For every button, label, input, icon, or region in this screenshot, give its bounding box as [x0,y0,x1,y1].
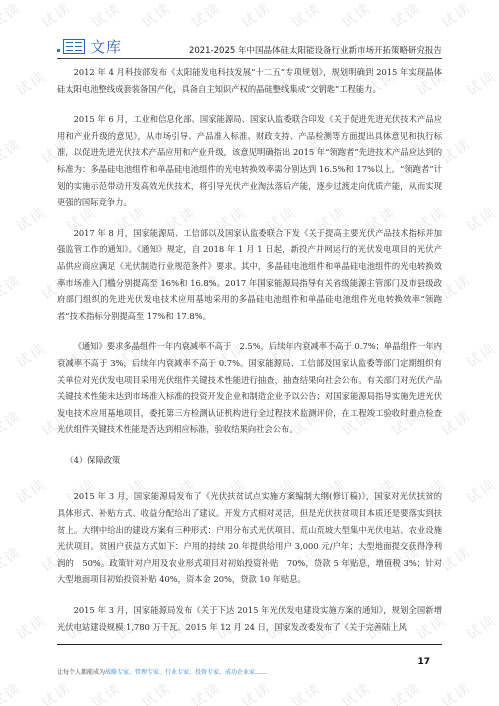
page-number: 17 [417,657,430,667]
watermark-text: 试读 [0,678,25,706]
watermark-text: 试读 [0,542,25,577]
watermark-text: 试读 [12,610,50,645]
paragraph-2015-june: 2015 年 6 月，工业和信息化部、国家能源局、国家认监委联合印发《关于促进先… [57,111,442,211]
watermark-text: 试读 [0,270,25,305]
watermark-text: 试读 [437,134,475,169]
watermark-text: 试读 [237,678,275,706]
logo-text: 文库 [90,36,122,57]
slogan-highlight: 战略专家、管理专家、行业专家、投资专家、成功企业家 [105,669,255,676]
watermark-text: 试读 [37,0,75,32]
section-heading: （4）保障政策 [57,452,442,469]
footer-divider [57,644,442,645]
watermark-text: 试读 [462,202,499,237]
slogan-prefix: 让每个人都能成为 [57,669,105,676]
logo-mark-icon [63,39,85,54]
watermark-text: 试读 [437,542,475,577]
watermark-text: 试读 [437,406,475,441]
watermark-text: 试读 [462,66,499,101]
watermark-text: 试读 [187,678,225,706]
paragraph-2017-august: 2017 年 8 月，国家能源局、工信部以及国家认监委联合下发《关于提高主要光伏… [57,225,442,325]
paragraph-poverty-alleviation: 2015 年 3 月，国家能源局发布了《光伏扶贫试点实施方案编制大纲(修订稿)》… [57,488,442,588]
watermark-text: 试读 [0,134,25,169]
watermark-text: 试读 [462,474,499,509]
watermark-text: 试读 [462,610,499,645]
watermark-text: 试读 [12,202,50,237]
watermark-text: 试读 [12,66,50,101]
watermark-text: 试读 [437,270,475,305]
watermark-text: 试读 [337,0,375,32]
paragraph-2015-construction: 2015 年 3 月，国家能源局发布《关于下达 2015 年光伏发电建设实施方案… [57,602,442,635]
watermark-text: 试读 [337,678,375,706]
watermark-text: 试读 [137,678,175,706]
watermark-text: 试读 [37,678,75,706]
document-body: 2012 年 4 月科技部发布《太阳能发电科技发展“十二五”专项规划》，规划明确… [57,64,442,649]
page-header: 文库 2021-2025 年中国晶体硅太阳能设备行业新市场开拓策略研究报告 [57,32,442,59]
watermark-text: 试读 [187,0,225,32]
watermark-text: 试读 [387,678,425,706]
watermark-text: 试读 [437,0,475,32]
watermark-text: 试读 [387,0,425,32]
footer-slogan: 让每个人都能成为战略专家、管理专家、行业专家、投资专家、成功企业家…… [57,669,267,676]
watermark-text: 试读 [0,406,25,441]
logo-dot-icon [57,49,60,52]
watermark-text: 试读 [12,338,50,373]
watermark-text: 试读 [462,338,499,373]
paragraph-2012-plan: 2012 年 4 月科技部发布《太阳能发电科技发展“十二五”专项规划》，规划明确… [57,64,442,97]
watermark-text: 试读 [237,0,275,32]
watermark-text: 试读 [12,474,50,509]
watermark-text: 试读 [137,0,175,32]
watermark-text: 试读 [87,0,125,32]
paragraph-notice-requirements: 《通知》要求多晶组件一年内衰减率不高于 2.5%，后续年内衰减率不高于 0.7%… [57,338,442,438]
report-title: 2021-2025 年中国晶体硅太阳能设备行业新市场开拓策略研究报告 [189,44,442,56]
watermark-text: 试读 [287,678,325,706]
watermark-text: 试读 [87,678,125,706]
watermark-text: 试读 [287,0,325,32]
page-footer: 让每个人都能成为战略专家、管理专家、行业专家、投资专家、成功企业家…… 17 [57,659,442,678]
logo: 文库 [57,36,122,57]
slogan-suffix: …… [255,669,267,676]
watermark-text: 试读 [0,0,25,32]
watermark-text: 试读 [437,678,475,706]
